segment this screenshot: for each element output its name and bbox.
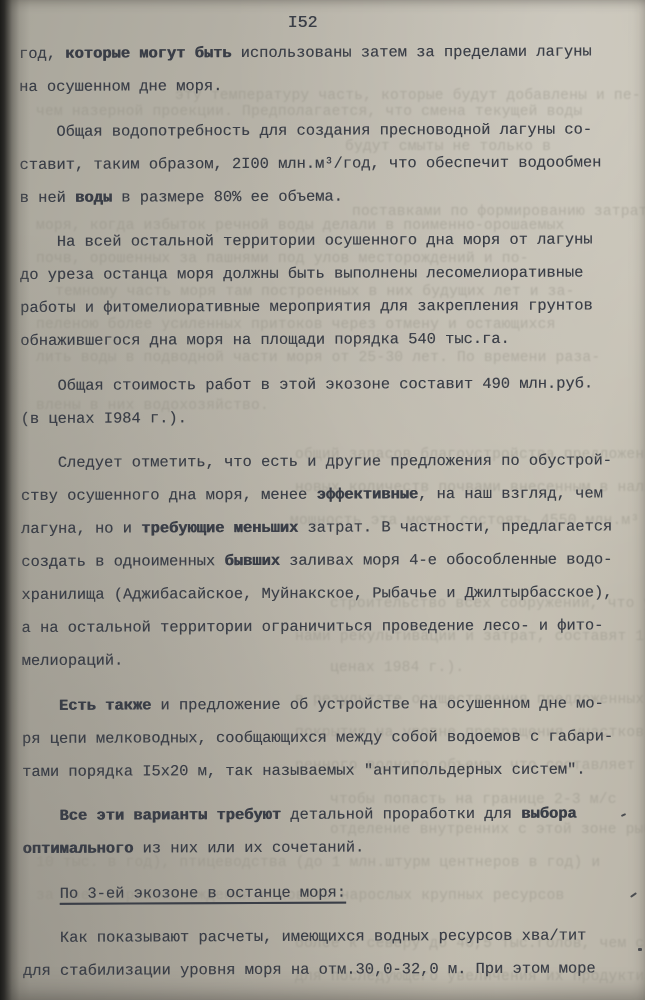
text-line: работы и фитомелиоративные мероприятия д… [20,289,626,325]
text-line: хранилища (Аджибасайское, Муйнакское, Ры… [21,576,627,612]
paragraph: На всей остальной территории осушенного … [20,223,627,358]
text-line: год, которые могут быть использованы зат… [19,35,625,71]
text-line: до уреза останца моря должны быть выполн… [20,256,626,292]
text-line: лагуна, но и требующие меньших затрат. В… [21,510,627,546]
document-body: год, которые могут быть использованы зат… [19,35,629,999]
text-line: на осушенном дне моря. [19,68,625,104]
text-line: создать в одноименных бывших заливах мор… [21,543,627,579]
text-line: в ней воды в размере 80% ее объема. [20,179,626,215]
text-line: а на остальной территории ограничиться п… [21,609,627,645]
page-number: I52 [0,13,625,32]
paragraph: Следует отметить, что есть и другие пред… [21,444,628,678]
text-line: Все эти варианты требуют детальной прора… [22,797,628,833]
text-line: ству осушенного дна моря, менее эффектив… [21,477,627,513]
text-line: (в ценах I984 г.). [20,400,626,436]
paragraph: Общая стоимость работ в этой экозоне сос… [20,367,626,436]
paragraph: Есть также и предложение об устройстве н… [22,687,628,789]
text-line: обнажившегося дна моря на площади порядк… [20,322,626,358]
text-line: для стабилизации уровня моря на отм.30,0… [23,952,629,988]
text-line: тами порядка I5x20 м, так называемых "ан… [22,753,628,789]
ink-speck [638,948,642,951]
section-heading: По 3-ей экозоне в останце моря: [23,875,629,911]
paragraph: год, которые могут быть использованы зат… [19,35,625,104]
text-line: оптимального из них или их сочетаний. [22,830,628,866]
text-line: ставит, таким образом, 2I00 млн.м³/год, … [19,146,625,182]
scanned-page: эту температуру часть, которые будут доб… [0,0,645,1000]
text-line: Есть также и предложение об устройстве н… [22,687,628,723]
text-line: Следует отметить, что есть и другие пред… [21,444,627,480]
paragraph: Как показывают расчеты, имеющихся водных… [23,919,629,988]
text-line: ря цепи мелководных, сообщающихся между … [22,720,628,756]
text-line: По 3-ей экозоне в останце моря: [23,875,629,911]
paragraph: Все эти варианты требуют детальной прора… [22,797,628,866]
text-line: мелиораций. [22,642,628,678]
text-line: Как показывают расчеты, имеющихся водных… [23,919,629,955]
text-line: На всей остальной территории осушенного … [20,223,626,259]
text-line: Общая водопотребность для создания пресн… [19,113,625,149]
text-line: Общая стоимость работ в этой экозоне сос… [20,367,626,403]
paragraph: Общая водопотребность для создания пресн… [19,113,625,215]
